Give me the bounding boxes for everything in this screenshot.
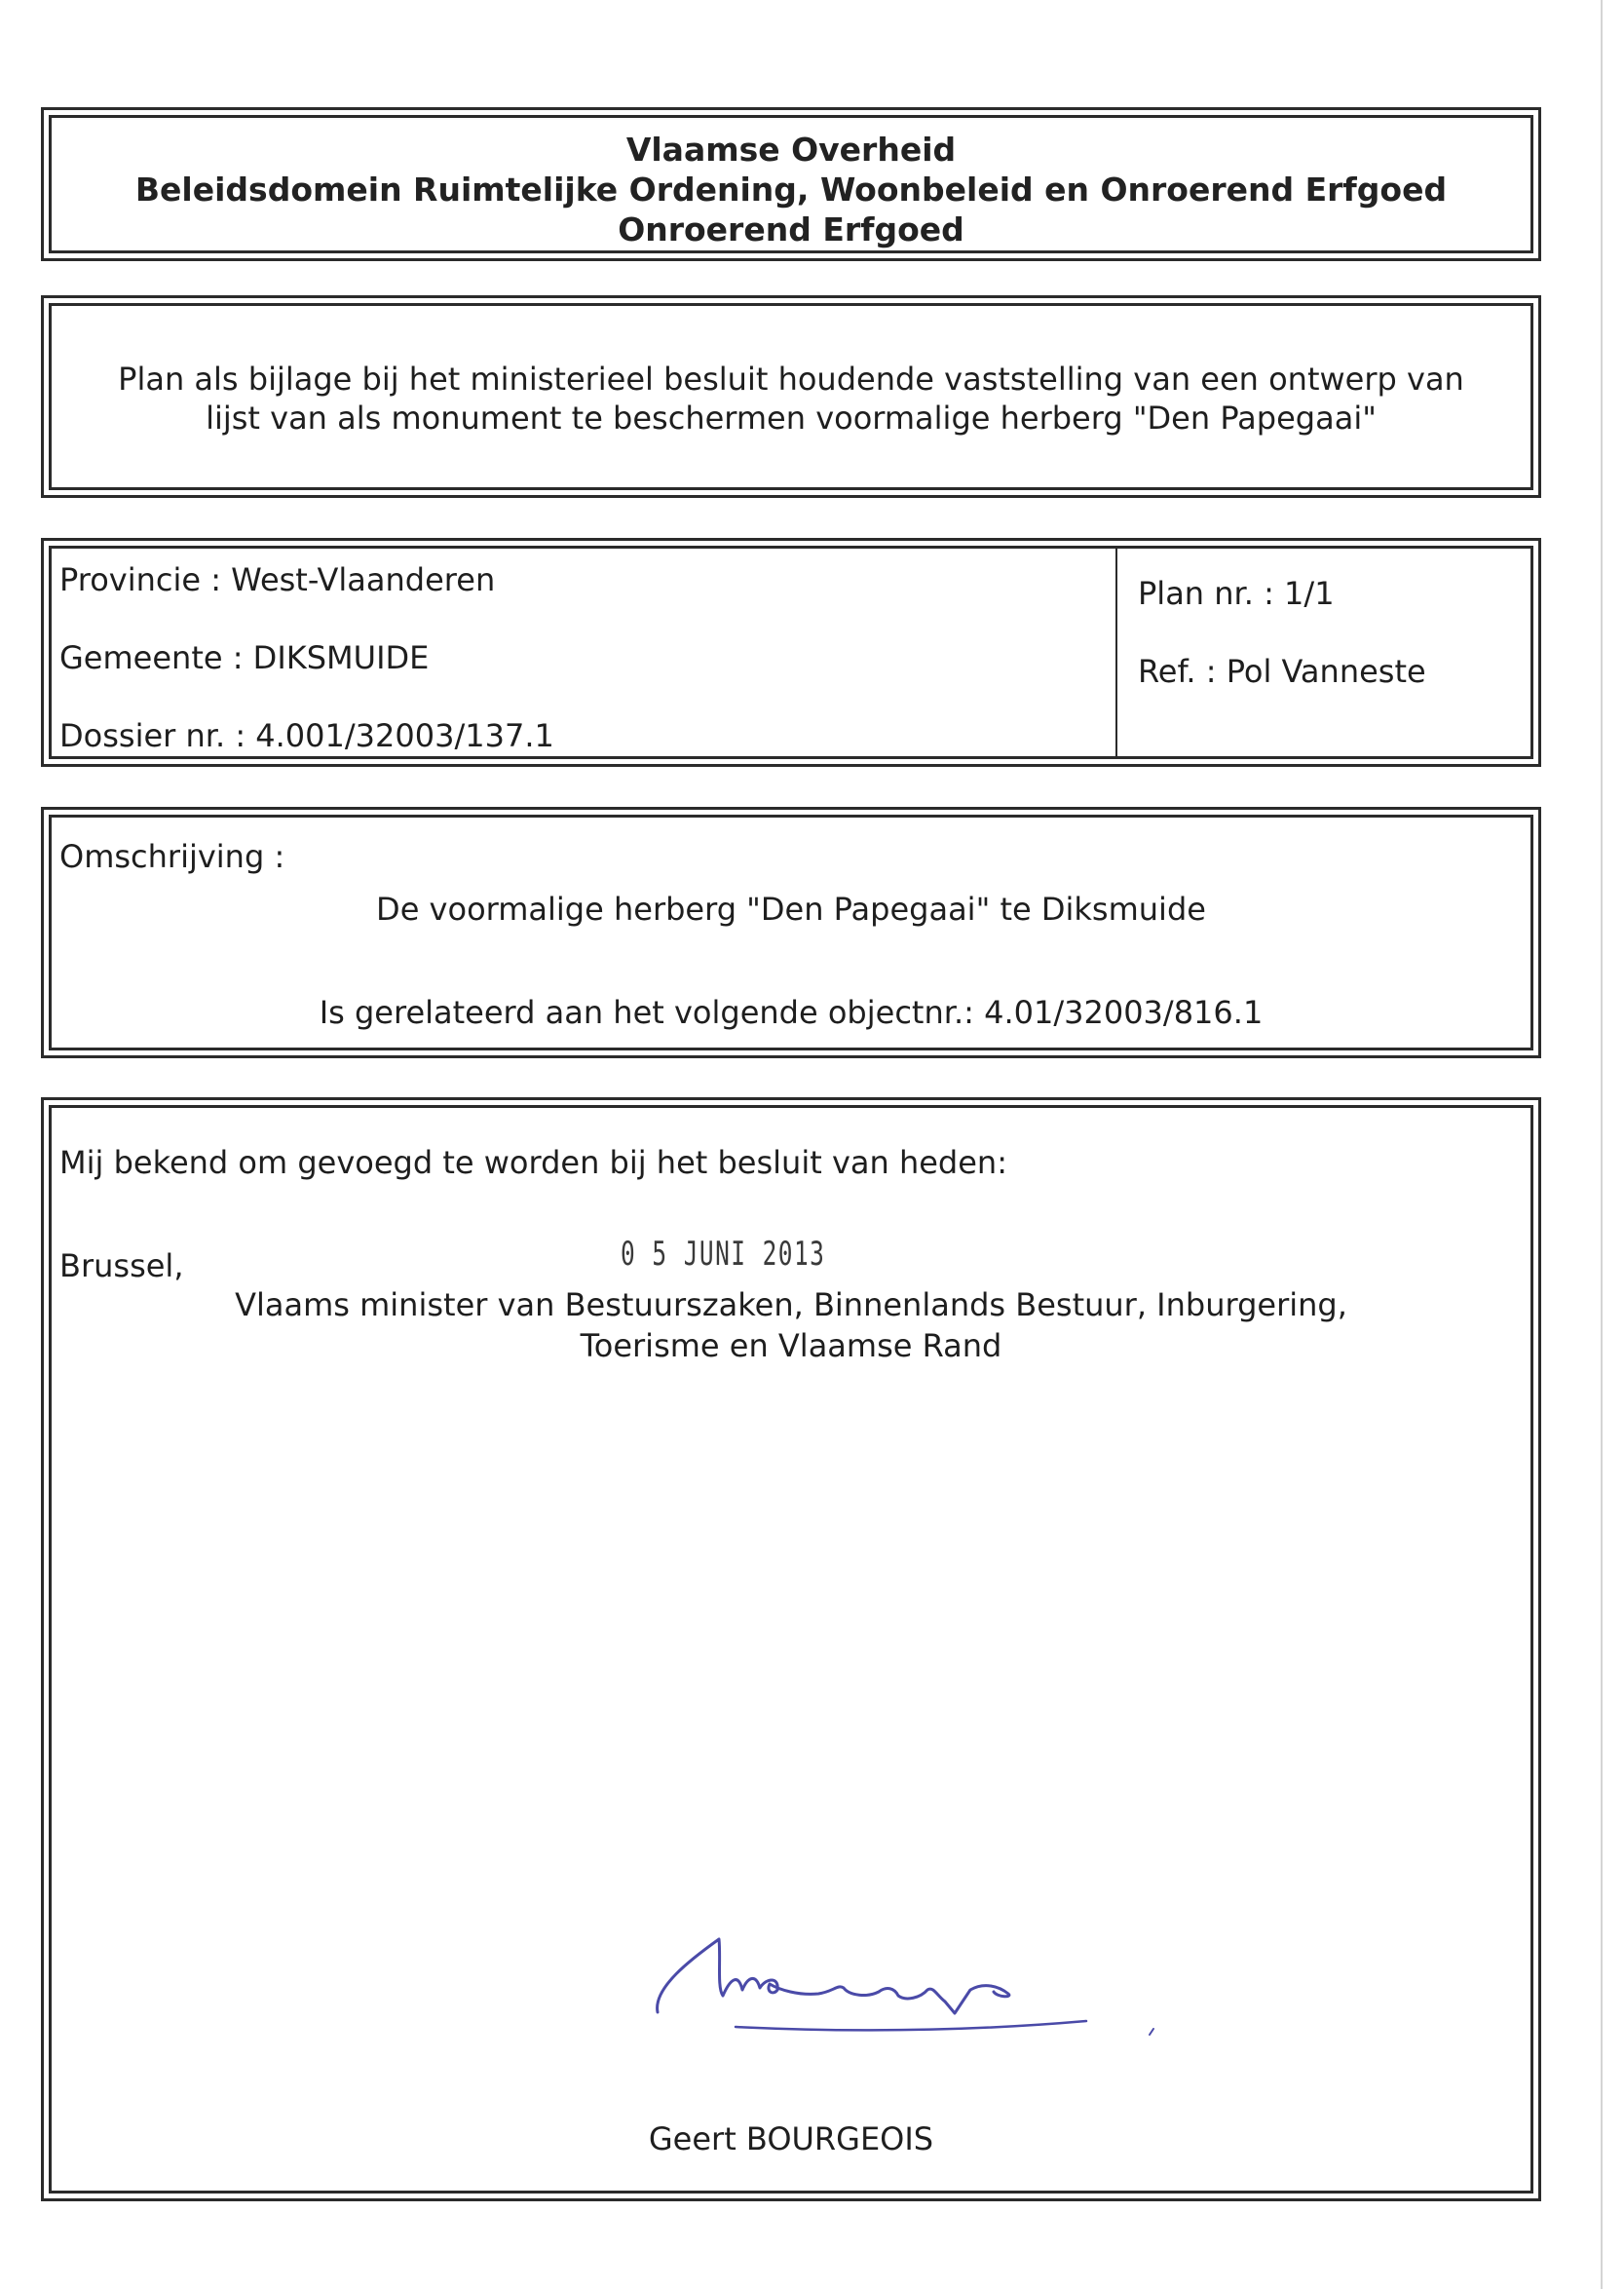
description-label: Omschrijving :: [59, 837, 284, 876]
header-org: Vlaamse Overheid: [52, 130, 1530, 170]
ref-field: Ref. : Pol Vanneste: [1138, 652, 1426, 691]
gemeente-field: Gemeente : DIKSMUIDE: [59, 638, 429, 677]
description-box-inner: Omschrijving : De voormalige herberg "De…: [49, 815, 1533, 1050]
header-box: Vlaamse Overheid Beleidsdomein Ruimtelij…: [41, 107, 1541, 261]
location-box-inner: Provincie : West-Vlaanderen Gemeente : D…: [49, 546, 1533, 759]
plan-nr-field: Plan nr. : 1/1: [1138, 574, 1335, 613]
plan-title-line1: Plan als bijlage bij het ministerieel be…: [52, 360, 1530, 399]
description-text: De voormalige herberg "Den Papegaai" te …: [52, 890, 1530, 929]
approval-statement: Mij bekend om gevoegd te worden bij het …: [59, 1143, 1007, 1182]
minister-title-line1: Vlaams minister van Bestuurszaken, Binne…: [52, 1285, 1530, 1324]
provincie-field: Provincie : West-Vlaanderen: [59, 560, 495, 599]
place-label: Brussel,: [59, 1246, 183, 1285]
date-stamp: 0 5 JUNI 2013: [621, 1235, 825, 1274]
plan-title-line2: lijst van als monument te beschermen voo…: [52, 399, 1530, 438]
plan-title-box: Plan als bijlage bij het ministerieel be…: [41, 295, 1541, 498]
signature-icon: [623, 1920, 1208, 2066]
dossier-field: Dossier nr. : 4.001/32003/137.1: [59, 716, 554, 755]
scan-edge-line: [1601, 0, 1603, 2289]
related-object: Is gerelateerd aan het volgende objectnr…: [52, 993, 1530, 1032]
header-domain: Beleidsdomein Ruimtelijke Ordening, Woon…: [52, 170, 1530, 210]
header-agency: Onroerend Erfgoed: [52, 210, 1530, 249]
signatory-name: Geert BOURGEOIS: [52, 2119, 1530, 2158]
header-box-inner: Vlaamse Overheid Beleidsdomein Ruimtelij…: [49, 115, 1533, 253]
plan-title-box-inner: Plan als bijlage bij het ministerieel be…: [49, 303, 1533, 490]
location-box: Provincie : West-Vlaanderen Gemeente : D…: [41, 538, 1541, 767]
description-box: Omschrijving : De voormalige herberg "De…: [41, 807, 1541, 1058]
minister-title-line2: Toerisme en Vlaamse Rand: [52, 1326, 1530, 1365]
column-divider: [1115, 549, 1117, 756]
